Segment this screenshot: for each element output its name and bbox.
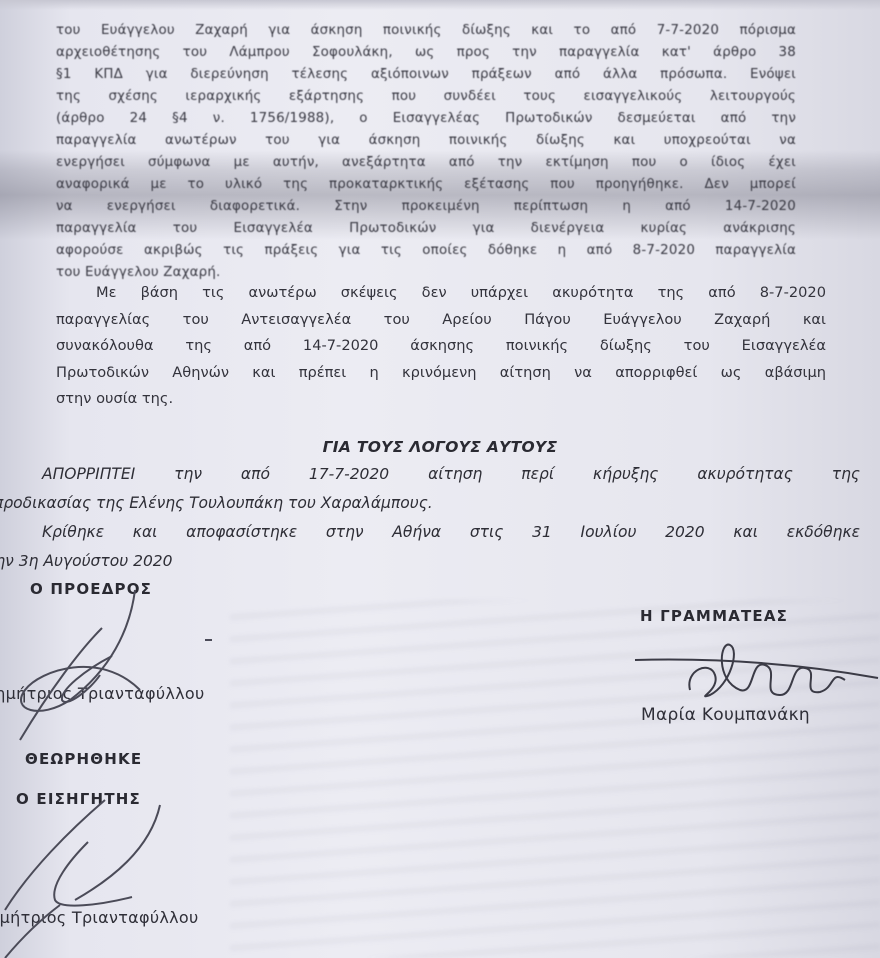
ruling-paragraph: ΑΠΟΡΡΙΠΤΕΙ την από 17-7-2020 αίτηση περί… (0, 460, 860, 576)
text-line: του Ευάγγελου Ζαχαρή για άσκηση ποινικής… (56, 20, 796, 42)
text-line: §1 ΚΠΔ για διερεύνηση τέλεσης αξιόποινων… (56, 64, 796, 86)
reasoning-paragraph: του Ευάγγελου Ζαχαρή για άσκηση ποινικής… (56, 20, 796, 284)
secretary-signature-icon (630, 640, 880, 710)
text-line: την 3η Αυγούστου 2020 (0, 547, 860, 576)
text-line: της σχέσης ιεραρχικής εξάρτησης που συνδ… (56, 86, 796, 108)
conclusion-paragraph: Με βάση τις ανωτέρω σκέψεις δεν υπάρχει … (56, 280, 826, 413)
document-page: του Ευάγγελου Ζαχαρή για άσκηση ποινικής… (0, 0, 880, 958)
text-line: Πρωτοδικών Αθηνών και πρέπει η κρινόμενη… (56, 360, 826, 387)
text-line: Κρίθηκε και αποφασίστηκε στην Αθήνα στις… (0, 518, 860, 547)
text-line: συνακόλουθα της από 14-7-2020 άσκησης πο… (56, 333, 826, 360)
page-edge-shadow (0, 0, 880, 10)
secretary-label: Η ΓΡΑΜΜΑΤΕΑΣ (640, 607, 788, 625)
text-line: προδικασίας της Ελένης Τουλουπάκη του Χα… (0, 489, 860, 518)
text-line: να ενεργήσει διαφορετικά. Στην προκειμέν… (56, 196, 796, 218)
president-signature-icon (0, 590, 240, 760)
text-line: αφορούσε ακριβώς τις πράξεις για τις οπο… (56, 240, 796, 262)
text-line: παραγγελία του Εισαγγελέα Πρωτοδικών για… (56, 218, 796, 240)
text-line: ΑΠΟΡΡΙΠΤΕΙ την από 17-7-2020 αίτηση περί… (0, 460, 860, 489)
text-line: Με βάση τις ανωτέρω σκέψεις δεν υπάρχει … (56, 280, 826, 307)
text-line: (άρθρο 24 §4 ν. 1756/1988), ο Εισαγγελέα… (56, 108, 796, 130)
text-line: παραγγελία ανωτέρων του για άσκηση ποινι… (56, 130, 796, 152)
text-line: αρχειοθέτησης του Λάμπρου Σοφουλάκη, ως … (56, 42, 796, 64)
rapporteur-signature-icon (0, 800, 180, 958)
text-line: ενεργήσει σύμφωνα με αυτήν, ανεξάρτητα α… (56, 152, 796, 174)
section-heading: ΓΙΑ ΤΟΥΣ ΛΟΓΟΥΣ ΑΥΤΟΥΣ (0, 438, 880, 456)
text-line: στην ουσία της. (56, 386, 826, 413)
text-line: παραγγελίας του Αντεισαγγελέα του Αρείου… (56, 307, 826, 334)
text-line: αναφορικά με το υλικό της προκαταρκτικής… (56, 174, 796, 196)
